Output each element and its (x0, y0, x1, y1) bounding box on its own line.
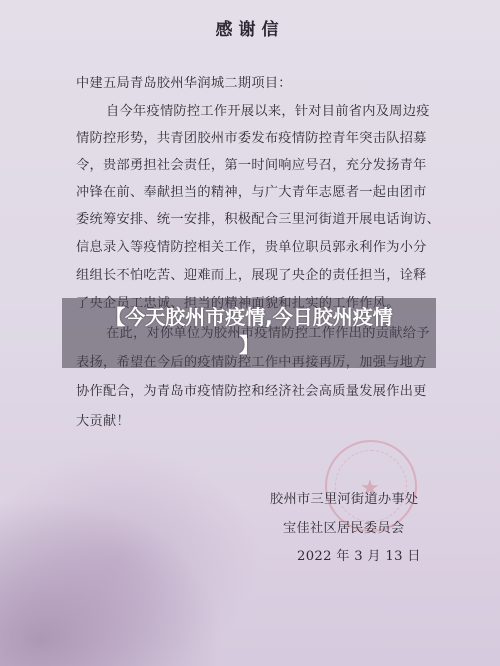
overlay-banner: 【今天胶州市疫情,今日胶州疫情 】 (62, 298, 436, 368)
body-line: 冲锋在前、奉献担当的精神，与广大青年志愿者一起由团市 (76, 181, 427, 200)
body-line: 大贡献！ (76, 410, 130, 429)
document-title: 感谢信 (0, 15, 500, 40)
body-line: 自今年疫情防控工作开展以来，针对目前省内及周边疫 (106, 100, 430, 119)
body-line: 组组长不怕吃苦、迎难而上，展现了央企的责任担当，诠释 (76, 264, 427, 283)
body-line: 协作配合，为青岛市疫情防控和经济社会高质量发展作出更 (76, 380, 427, 399)
signature-org-line2: 宝佳社区居民委员会 (283, 517, 404, 536)
body-line: 情防控形势，共青团胶州市委发布疫情防控青年突击队招募 (76, 127, 427, 146)
overlay-banner-text: 【今天胶州市疫情,今日胶州疫情 】 (62, 298, 436, 359)
body-line: 信息录入等疫情防控相关工作，贵单位职员郭永利作为小分 (76, 236, 427, 255)
signature-org-line1: 胶州市三里河街道办事处 (270, 488, 418, 507)
body-line: 委统筹安排、统一安排，积极配合三里河街道开展电话询访、 (76, 208, 440, 227)
overlay-banner-line1: 【今天胶州市疫情,今日胶州疫情 (62, 303, 436, 331)
overlay-banner-line2: 】 (62, 331, 436, 359)
salutation: 中建五局青岛胶州华润城二期项目： (76, 72, 292, 91)
signature-date: 2022 年 3 月 13 日 (297, 545, 421, 564)
body-line: 令，贵部勇担社会责任，第一时间响应号召，充分发扬青年 (76, 154, 427, 173)
